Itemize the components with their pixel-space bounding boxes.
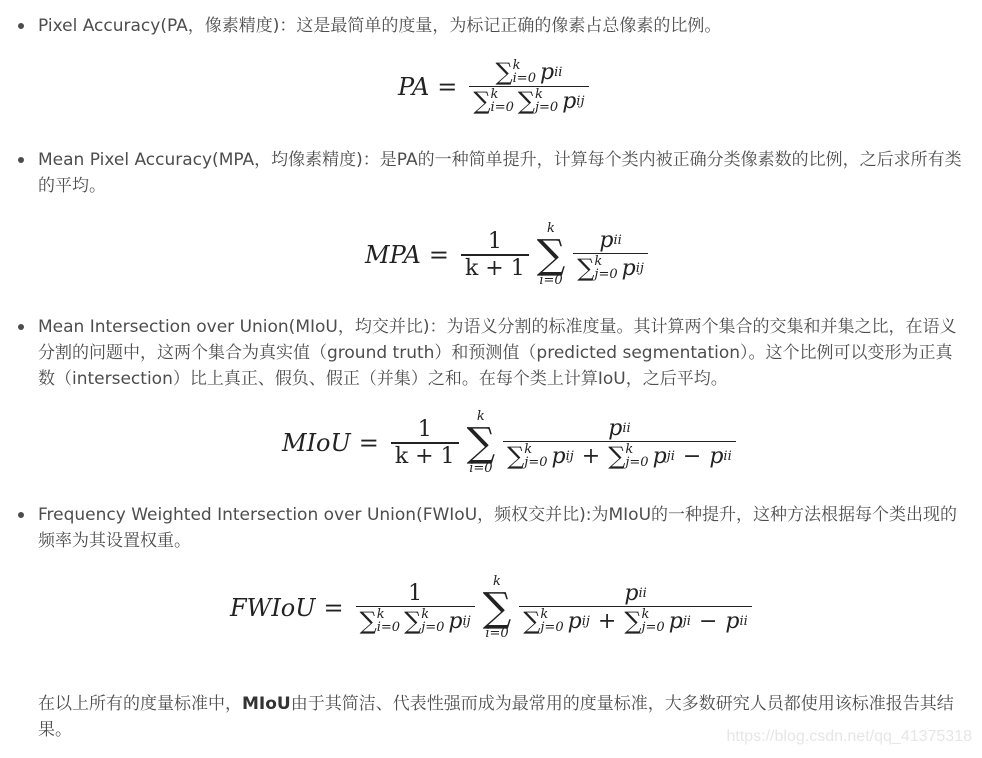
lower-limit: j=0 xyxy=(641,621,664,634)
bullet-icon xyxy=(18,23,24,29)
minus-sign: − xyxy=(699,609,717,634)
equals-sign: = xyxy=(323,594,343,622)
lower-limit: i=0 xyxy=(513,72,536,85)
mpa-description: Mean Pixel Accuracy(MPA，均像素精度)：是PA的一种简单提… xyxy=(38,147,968,199)
denominator: ∑ ki=0 ∑ kj=0 pij xyxy=(469,87,588,115)
subscript: ii xyxy=(622,421,630,436)
plus-sign: + xyxy=(598,609,616,634)
equals-sign: = xyxy=(429,241,449,269)
pa-fraction: ∑ ki=0 pii ∑ ki=0 ∑ kj=0 pij xyxy=(469,58,588,115)
subscript: ii xyxy=(740,614,748,629)
sigma-symbol: ∑ xyxy=(608,442,625,470)
lower-limit: j=0 xyxy=(524,456,547,469)
sigma-symbol: ∑ xyxy=(537,236,566,274)
sigma-symbol: ∑ xyxy=(507,442,524,470)
sum-limits: kj=0 xyxy=(540,608,563,634)
p-symbol: p xyxy=(599,228,613,253)
sum-limits: kj=0 xyxy=(524,443,547,469)
sigma-symbol: ∑ xyxy=(518,87,535,115)
denominator: ∑ kj=0 pij xyxy=(573,254,648,282)
p-symbol: p xyxy=(624,581,638,606)
denominator: k + 1 xyxy=(461,256,529,281)
denominator: ∑ ki=0 ∑ kj=0 pij xyxy=(356,607,475,635)
p-symbol: p xyxy=(653,444,667,469)
p-symbol: p xyxy=(669,609,683,634)
lower-limit: i=0 xyxy=(469,462,492,476)
numerator: pii xyxy=(595,228,625,253)
sigma-symbol: ∑ xyxy=(577,254,594,282)
denominator: ∑ kj=0 pij + ∑ kj=0 pji − pii xyxy=(519,607,752,635)
pa-formula: PA = ∑ ki=0 pii ∑ ki=0 ∑ kj=0 pij xyxy=(398,58,593,115)
lower-limit: j=0 xyxy=(421,621,444,634)
subscript: ii xyxy=(554,65,562,80)
numerator: 1 xyxy=(484,229,506,254)
sigma-symbol: ∑ xyxy=(523,607,540,635)
sum-limits: kj=0 xyxy=(625,443,648,469)
sigma-symbol: ∑ xyxy=(483,589,512,627)
subscript: ji xyxy=(683,614,691,629)
numerator: 1 xyxy=(404,581,426,606)
sum-limits: ki=0 xyxy=(513,59,536,85)
formula-lhs: MPA xyxy=(365,241,421,269)
sum-limits: ki=0 xyxy=(377,608,400,634)
big-sum: k ∑ i=0 xyxy=(483,575,512,641)
lower-limit: j=0 xyxy=(535,101,558,114)
p-symbol: p xyxy=(540,60,554,85)
main-fraction: pii ∑ kj=0 pij + ∑ kj=0 pji − pii xyxy=(519,581,752,635)
lower-limit: i=0 xyxy=(377,621,400,634)
fwiou-description: Frequency Weighted Intersection over Uni… xyxy=(38,502,968,554)
sum-limits: kj=0 xyxy=(535,88,558,114)
numerator: pii xyxy=(620,581,650,606)
coefficient-fraction: 1 k + 1 xyxy=(461,229,529,280)
fwiou-formula: FWIoU = 1 ∑ ki=0 ∑ kj=0 pij k ∑ i=0 pii … xyxy=(230,575,756,641)
sigma-symbol: ∑ xyxy=(404,607,421,635)
denominator: k + 1 xyxy=(391,444,459,469)
big-sum: k ∑ i=0 xyxy=(467,410,496,476)
denominator: ∑ kj=0 pij + ∑ kj=0 pji − pii xyxy=(503,442,736,470)
miou-description: Mean Intersection over Union(MIoU，均交并比)：… xyxy=(38,314,968,392)
numerator: 1 xyxy=(414,417,436,442)
formula-lhs: PA xyxy=(398,73,429,101)
lower-limit: i=0 xyxy=(491,101,514,114)
subscript: ji xyxy=(667,449,675,464)
subscript: ij xyxy=(463,614,471,629)
sum-limits: kj=0 xyxy=(641,608,664,634)
pa-description: Pixel Accuracy(PA，像素精度)：这是最简单的度量，为标记正确的像… xyxy=(38,13,968,39)
p-symbol: p xyxy=(709,444,723,469)
equals-sign: = xyxy=(437,73,457,101)
subscript: ij xyxy=(582,614,590,629)
lower-limit: i=0 xyxy=(485,627,508,641)
lower-limit: j=0 xyxy=(540,621,563,634)
numerator: ∑ ki=0 pii xyxy=(492,58,567,86)
sum-limits: ki=0 xyxy=(491,88,514,114)
sigma-symbol: ∑ xyxy=(360,607,377,635)
p-symbol: p xyxy=(448,609,462,634)
p-symbol: p xyxy=(725,609,739,634)
bullet-icon xyxy=(18,324,24,330)
equals-sign: = xyxy=(359,429,379,457)
subscript: ij xyxy=(576,94,584,109)
sum-limits: kj=0 xyxy=(421,608,444,634)
formula-lhs: MIoU xyxy=(282,429,351,457)
coefficient-fraction: 1 k + 1 xyxy=(391,417,459,468)
main-fraction: pii ∑ kj=0 pij xyxy=(573,228,648,282)
mpa-formula: MPA = 1 k + 1 k ∑ i=0 pii ∑ kj=0 pij xyxy=(365,222,652,288)
p-symbol: p xyxy=(608,416,622,441)
p-symbol: p xyxy=(552,444,566,469)
sigma-symbol: ∑ xyxy=(467,424,496,462)
conclusion-text-before: 在以上所有的度量标准中， xyxy=(38,694,242,714)
p-symbol: p xyxy=(622,256,636,281)
minus-sign: − xyxy=(683,444,701,469)
subscript: ii xyxy=(723,449,731,464)
sigma-symbol: ∑ xyxy=(624,607,641,635)
main-fraction: pii ∑ kj=0 pij + ∑ kj=0 pji − pii xyxy=(503,416,736,470)
watermark: https://blog.csdn.net/qq_41375318 xyxy=(726,728,972,746)
miou-formula: MIoU = 1 k + 1 k ∑ i=0 pii ∑ kj=0 pij + … xyxy=(282,410,740,476)
numerator: pii xyxy=(604,416,634,441)
subscript: ij xyxy=(566,449,574,464)
lower-limit: j=0 xyxy=(625,456,648,469)
bullet-icon xyxy=(18,512,24,518)
big-sum: k ∑ i=0 xyxy=(537,222,566,288)
subscript: ij xyxy=(636,261,644,276)
sum-limits: kj=0 xyxy=(594,255,617,281)
p-symbol: p xyxy=(562,89,576,114)
bullet-icon xyxy=(18,157,24,163)
p-symbol: p xyxy=(568,609,582,634)
coefficient-fraction: 1 ∑ ki=0 ∑ kj=0 pij xyxy=(356,581,475,635)
subscript: ii xyxy=(638,586,646,601)
lower-limit: i=0 xyxy=(539,274,562,288)
miou-emphasis: MIoU xyxy=(242,694,291,714)
sigma-symbol: ∑ xyxy=(473,87,490,115)
subscript: ii xyxy=(613,233,621,248)
sigma-symbol: ∑ xyxy=(496,58,513,86)
plus-sign: + xyxy=(582,444,600,469)
formula-lhs: FWIoU xyxy=(230,594,315,622)
lower-limit: j=0 xyxy=(594,268,617,281)
